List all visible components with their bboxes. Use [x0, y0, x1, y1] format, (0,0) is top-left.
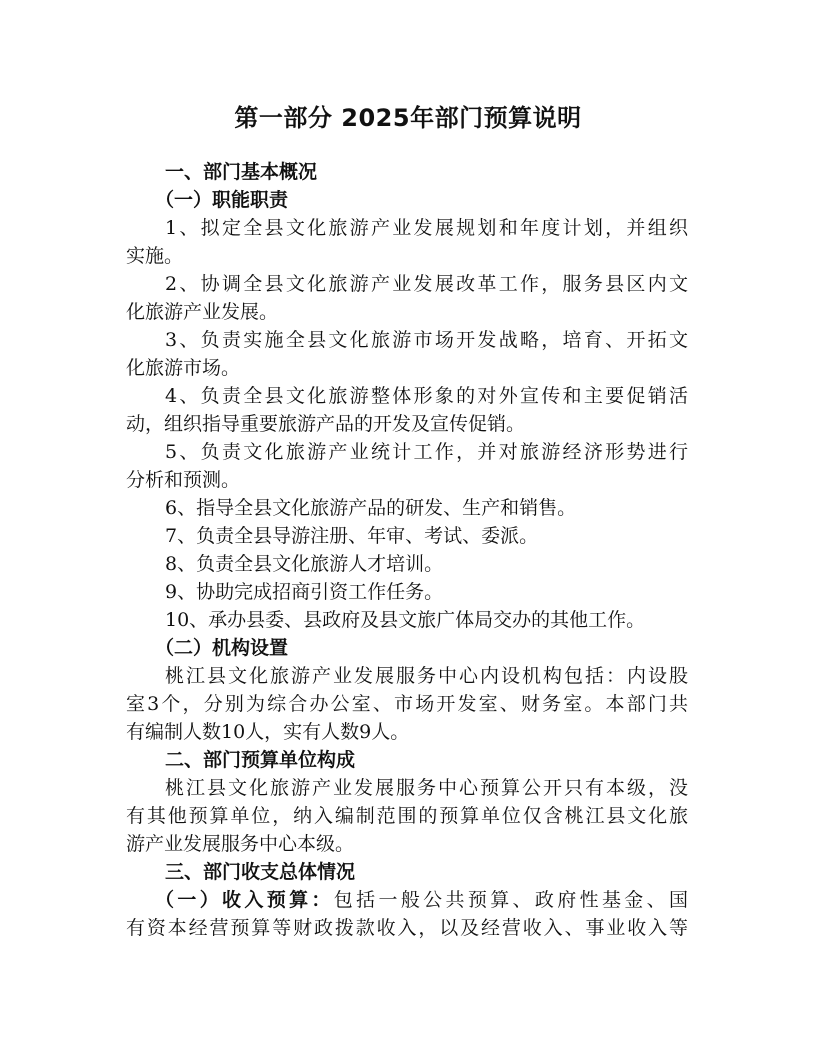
page-title: 第一部分 2025年部门预算说明	[0, 98, 816, 133]
section-heading-1: 一、部门基本概况	[165, 158, 317, 186]
units-line-3: 游产业发展服务中心本级。	[126, 830, 688, 858]
income-budget-line-2: 有资本经营预算等财政拨款收入，以及经营收入、事业收入等	[126, 914, 688, 942]
duty-item-1-line-2: 实施。	[126, 242, 688, 270]
duty-item-8: 8、负责全县文化旅游人才培训。	[165, 550, 688, 578]
duty-item-7: 7、负责全县导游注册、年审、考试、委派。	[165, 522, 688, 550]
duty-item-3-line-1: 3、负责实施全县文化旅游市场开发战略，培育、开拓文	[165, 326, 688, 354]
units-line-1: 桃江县文化旅游产业发展服务中心预算公开只有本级，没	[165, 774, 688, 802]
section-heading-2: 二、部门预算单位构成	[165, 746, 355, 774]
duty-item-2-line-2: 化旅游产业发展。	[126, 298, 688, 326]
duty-item-9: 9、协助完成招商引资工作任务。	[165, 578, 688, 606]
document-page: 第一部分 2025年部门预算说明 一、部门基本概况 （一）职能职责 1、拟定全县…	[0, 0, 816, 1056]
duty-item-5-line-1: 5、负责文化旅游产业统计工作，并对旅游经济形势进行	[165, 438, 688, 466]
section-heading-3: 三、部门收支总体情况	[165, 858, 355, 886]
units-line-2: 有其他预算单位，纳入编制范围的预算单位仅含桃江县文化旅	[126, 802, 688, 830]
duty-item-10: 10、承办县委、县政府及县文旅广体局交办的其他工作。	[165, 606, 688, 634]
duty-item-5-line-2: 分析和预测。	[126, 466, 688, 494]
duty-item-1-line-1: 1、拟定全县文化旅游产业发展规划和年度计划，并组织	[165, 214, 688, 242]
duty-item-4-line-2: 动，组织指导重要旅游产品的开发及宣传促销。	[126, 410, 688, 438]
subsection-heading-organization: （二）机构设置	[155, 634, 288, 662]
subsection-heading-functions: （一）职能职责	[155, 186, 288, 214]
income-budget-label: （一）收入预算：	[155, 889, 334, 911]
organization-line-1: 桃江县文化旅游产业发展服务中心内设机构包括：内设股	[165, 662, 688, 690]
duty-item-3-line-2: 化旅游市场。	[126, 354, 688, 382]
duty-item-6: 6、指导全县文化旅游产品的研发、生产和销售。	[165, 494, 688, 522]
income-budget-text: 包括一般公共预算、政府性基金、国	[334, 889, 688, 911]
income-budget-line-1: （一）收入预算：包括一般公共预算、政府性基金、国	[155, 886, 688, 914]
duty-item-4-line-1: 4、负责全县文化旅游整体形象的对外宣传和主要促销活	[165, 382, 688, 410]
organization-line-3: 有编制人数10人，实有人数9人。	[126, 718, 688, 746]
organization-line-2: 室3个，分别为综合办公室、市场开发室、财务室。本部门共	[126, 690, 688, 718]
duty-item-2-line-1: 2、协调全县文化旅游产业发展改革工作，服务县区内文	[165, 270, 688, 298]
